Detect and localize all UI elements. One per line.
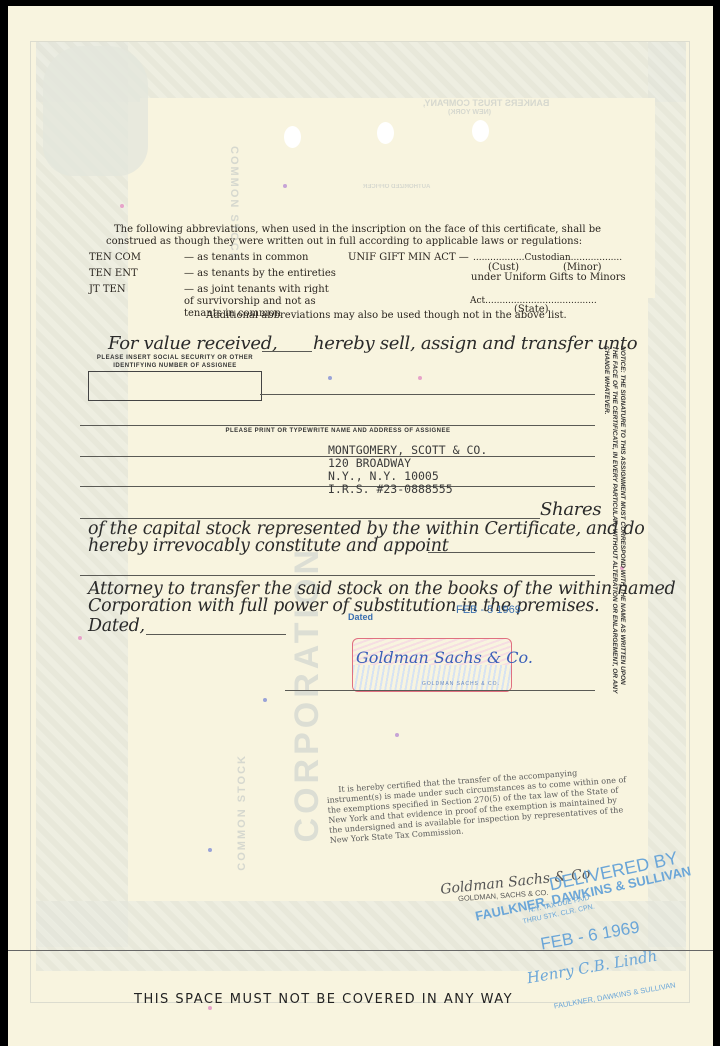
assignee-line-2[interactable] xyxy=(80,425,595,426)
abbr-ten-com: TEN COM xyxy=(89,252,141,264)
assignee-irs-number: I.R.S. #23-0888555 xyxy=(328,483,453,496)
punch-hole xyxy=(472,120,489,142)
for-value-received: For value received, xyxy=(108,333,277,354)
left-border-band xyxy=(36,42,128,947)
paper-fiber xyxy=(120,204,124,208)
assignor-signature: Goldman Sachs & Co. xyxy=(356,648,533,667)
shares-label: Shares xyxy=(540,499,601,520)
unif-gift-under: under Uniform Gifts to Minors xyxy=(471,272,626,284)
punch-hole xyxy=(377,122,394,144)
paper-fiber xyxy=(328,376,332,380)
paper-fiber xyxy=(78,636,82,640)
ghost-transfer-agent-sub: (NEW YORK) xyxy=(448,109,491,116)
irrevocably-appoint-text: hereby irrevocably constitute and appoin… xyxy=(88,536,449,556)
signature-line[interactable] xyxy=(285,690,595,691)
attorney-line-2[interactable] xyxy=(80,575,595,576)
stamp-firm-name: GOLDMAN SACHS & CO. xyxy=(422,681,500,687)
hereby-sell-assign: hereby sell, assign and transfer unto xyxy=(313,333,637,354)
ssn-label-line-2: IDENTIFYING NUMBER OF ASSIGNEE xyxy=(80,363,270,369)
paper-fiber xyxy=(283,184,287,188)
ssn-input-box[interactable] xyxy=(88,371,262,401)
ghost-transfer-agent: BANKERS TRUST COMPANY, xyxy=(423,98,549,108)
attorney-line-1[interactable] xyxy=(428,552,595,553)
denomination-badge xyxy=(43,46,148,176)
assignor-line[interactable] xyxy=(262,351,312,352)
paper-fiber xyxy=(418,376,422,380)
bottom-rule xyxy=(8,950,713,951)
dated-label: Dated, xyxy=(88,616,145,636)
certificate-page: BANKERS TRUST COMPANY, (NEW YORK) AUTHOR… xyxy=(8,6,713,1046)
ssn-label-line-1: PLEASE INSERT SOCIAL SECURITY OR OTHER xyxy=(80,355,270,361)
stamp-dated-label: Dated xyxy=(348,612,373,622)
ghost-authorized-officer: AUTHORIZED OFFICER xyxy=(363,184,430,190)
additional-abbreviations: Additional abbreviations may also be use… xyxy=(206,310,567,322)
corporation-text: Corporation with full power of substitut… xyxy=(88,596,599,616)
abbr-ten-ent-meaning: — as tenants by the entireties xyxy=(184,268,336,280)
name-address-label: PLEASE PRINT OR TYPEWRITE NAME AND ADDRE… xyxy=(188,428,488,434)
unif-gift-label: UNIF GIFT MIN ACT — xyxy=(348,252,469,264)
abbr-ten-com-meaning: — as tenants in common xyxy=(184,252,308,264)
stamp-dated-value: FEB - 5 1969 xyxy=(456,604,521,616)
abbreviations-intro: The following abbreviations, when used i… xyxy=(106,224,626,248)
paper-fiber xyxy=(208,848,212,852)
signature-notice: NOTICE: THE SIGNATURE TO THIS ASSIGNMENT… xyxy=(596,346,626,696)
punch-hole xyxy=(284,126,301,148)
assignee-line-1[interactable] xyxy=(260,394,595,395)
do-not-cover-notice: THIS SPACE MUST NOT BE COVERED IN ANY WA… xyxy=(134,992,513,1007)
paper-fiber xyxy=(395,733,399,737)
dated-line[interactable] xyxy=(146,634,286,635)
abbr-ten-ent: TEN ENT xyxy=(89,268,138,280)
paper-fiber xyxy=(263,698,267,702)
abbr-jt-ten: JT TEN xyxy=(89,284,126,296)
ghost-common-stock-bottom: COMMON STOCK xyxy=(236,754,248,871)
